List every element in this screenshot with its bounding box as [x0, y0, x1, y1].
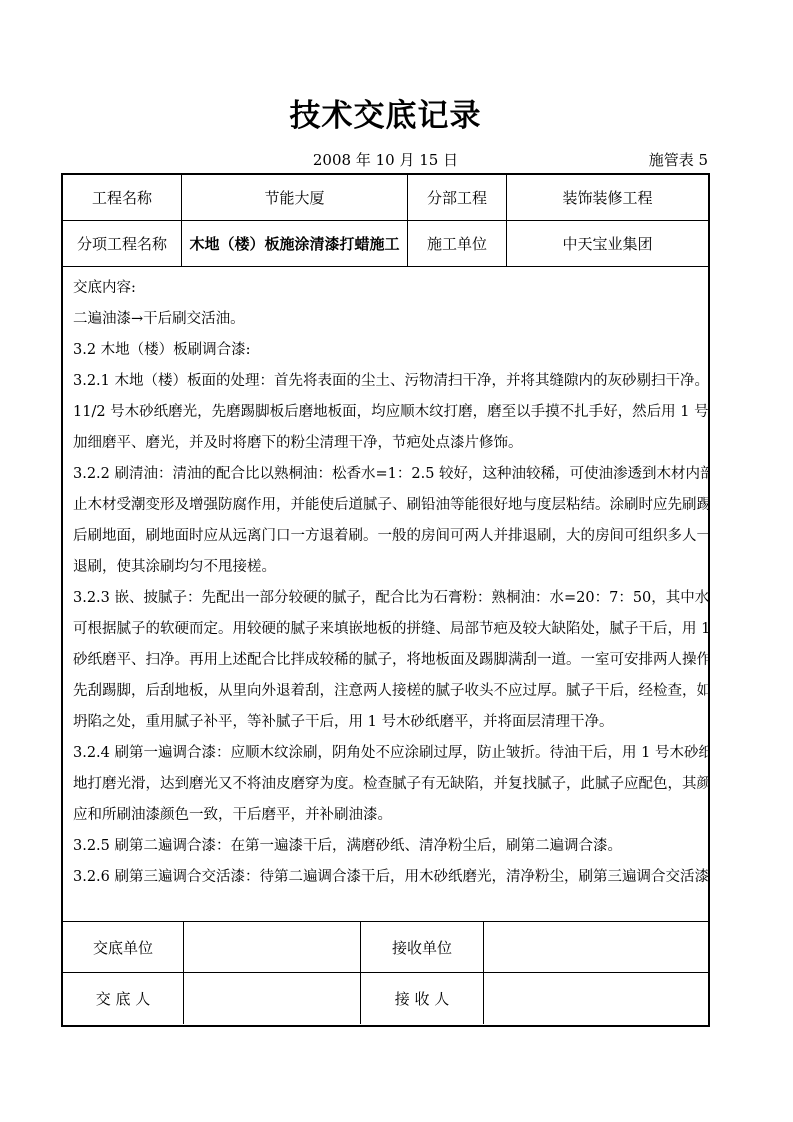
- sub-project-name-value: 木地（楼）板施涂清漆打蜡施工: [182, 221, 408, 267]
- disclosing-unit-value-cell: [184, 922, 361, 973]
- receiver-value-cell: [484, 973, 708, 1024]
- content-line: 砂纸磨平、扫净。再用上述配合比拌成较稀的腻子，将地板面及踢脚满刮一道。一室可安排…: [73, 645, 704, 676]
- project-name-label: 工程名称: [63, 175, 182, 221]
- signature-table: 交底单位 接收单位 交 底 人 接 收 人: [63, 922, 708, 1025]
- info-table: 工程名称 节能大厦 分部工程 装饰装修工程 分项工程名称 木地（楼）板施涂清漆打…: [63, 175, 708, 267]
- discloser-value-cell: [184, 973, 361, 1024]
- content-line: 加细磨平、磨光，并及时将磨下的粉尘清理干净，节疤处点漆片修饰。: [73, 428, 704, 459]
- content-line: 二遍油漆→干后刷交活油。: [73, 304, 704, 335]
- content-line: 3.2.5 刷第二遍调合漆：在第一遍漆干后，满磨砂纸、清净粉尘后，刷第二遍调合漆…: [73, 831, 704, 862]
- discloser-label: 交 底 人: [63, 973, 184, 1024]
- content-line: 地打磨光滑，达到磨光又不将油皮磨穿为度。检查腻子有无缺陷，并复找腻子，此腻子应配…: [73, 769, 704, 800]
- content-line: 先刮踢脚，后刮地板，从里向外退着刮，注意两人接槎的腻子收头不应过厚。腻子干后，经…: [73, 676, 704, 707]
- division-work-label: 分部工程: [408, 175, 507, 221]
- document-date: 2008 年 10 月 15 日: [61, 149, 710, 170]
- division-work-value: 装饰装修工程: [507, 175, 708, 221]
- construction-unit-label: 施工单位: [408, 221, 507, 267]
- content-line: 交底内容:: [73, 273, 704, 304]
- sub-project-name-label: 分项工程名称: [63, 221, 182, 267]
- content-line: 3.2.3 嵌、披腻子：先配出一部分较硬的腻子，配合比为石膏粉：熟桐油：水=20…: [73, 583, 704, 614]
- content-line: 3.2 木地（楼）板刷调合漆:: [73, 335, 704, 366]
- content-line: 止木材受潮变形及增强防腐作用，并能使后道腻子、刷铅油等能很好地与度层粘结。涂刷时…: [73, 490, 704, 521]
- content-line: 3.2.4 刷第一遍调合漆：应顺木纹涂刷，阴角处不应涂刷过厚，防止皱折。待油干后…: [73, 738, 704, 769]
- content-line: 3.2.2 刷清油：清油的配合比以熟桐油：松香水=1：2.5 较好，这种油较稀，…: [73, 459, 704, 490]
- main-table: 工程名称 节能大厦 分部工程 装饰装修工程 分项工程名称 木地（楼）板施涂清漆打…: [61, 173, 710, 1027]
- document-title: 技术交底记录: [61, 96, 710, 136]
- content-line: 3.2.6 刷第三遍调合交活漆：待第二遍调合漆干后，用木砂纸磨光，清净粉尘，刷第…: [73, 862, 704, 893]
- receiving-unit-value-cell: [484, 922, 708, 973]
- content-line: 应和所刷油漆颜色一致，干后磨平，并补刷油漆。: [73, 800, 704, 831]
- receiving-unit-label: 接收单位: [361, 922, 484, 973]
- disclosure-content: 交底内容:二遍油漆→干后刷交活油。3.2 木地（楼）板刷调合漆:3.2.1 木地…: [63, 267, 708, 922]
- receiver-label: 接 收 人: [361, 973, 484, 1024]
- form-code: 施管表 5: [649, 149, 708, 170]
- project-name-value: 节能大厦: [182, 175, 408, 221]
- content-line: 可根据腻子的软硬而定。用较硬的腻子来填嵌地板的拼缝、局部节疤及较大缺陷处，腻子干…: [73, 614, 704, 645]
- content-line: 退刷，使其涂刷均匀不甩接槎。: [73, 552, 704, 583]
- meta-row: 2008 年 10 月 15 日 施管表 5: [61, 149, 710, 171]
- document-page: 技术交底记录 2008 年 10 月 15 日 施管表 5 工程名称 节能大厦 …: [0, 0, 793, 1122]
- construction-unit-value: 中天宝业集团: [507, 221, 708, 267]
- content-line: 后刷地面，刷地面时应从远离门口一方退着刷。一般的房间可两人并排退刷，大的房间可组…: [73, 521, 704, 552]
- content-line: 坍陷之处，重用腻子补平，等补腻子干后，用 1 号木砂纸磨平，并将面层清理干净。: [73, 707, 704, 738]
- content-line: 11/2 号木砂纸磨光，先磨踢脚板后磨地板面，均应顺木纹打磨，磨至以手摸不扎手好…: [73, 397, 704, 428]
- disclosing-unit-label: 交底单位: [63, 922, 184, 973]
- content-line: 3.2.1 木地（楼）板面的处理：首先将表面的尘土、污物清扫干净，并将其缝隙内的…: [73, 366, 704, 397]
